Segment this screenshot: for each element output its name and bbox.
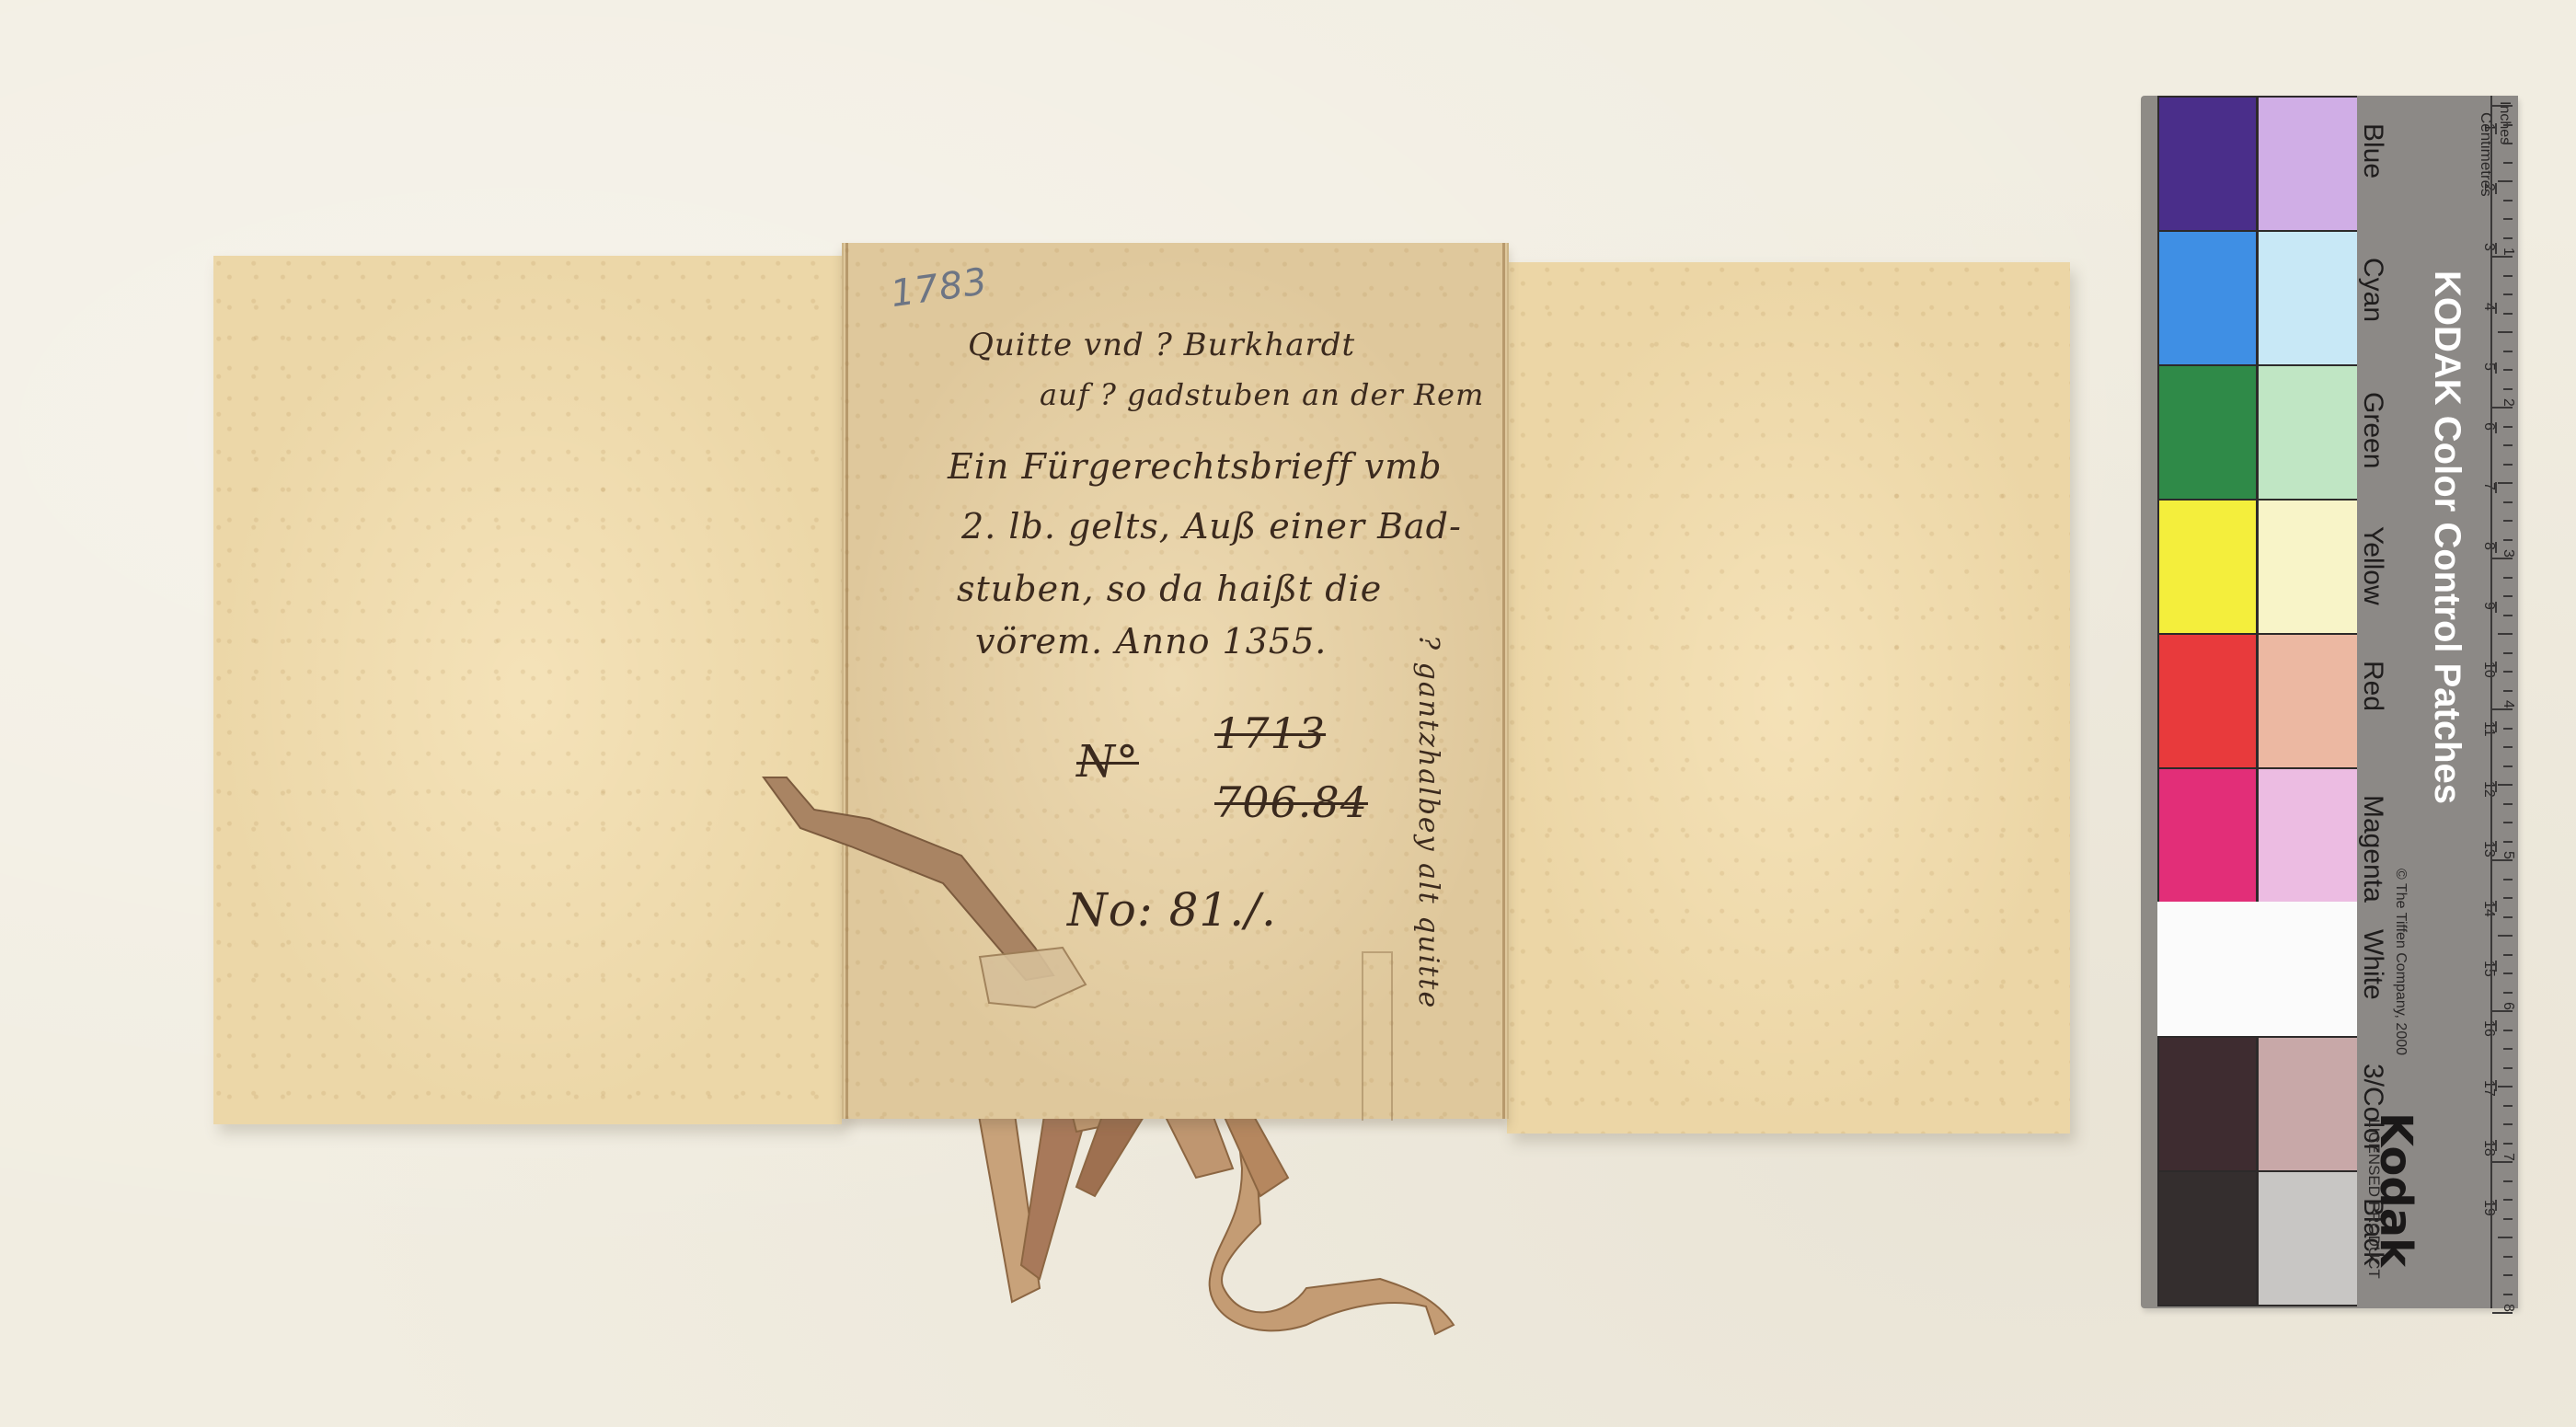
color-patch-yellow-dark [2157, 499, 2258, 635]
color-patch-blue-dark [2157, 96, 2258, 232]
inch-tick [2492, 708, 2513, 710]
inch-tick-label: 5 [2500, 851, 2516, 859]
inch-tick [2503, 1294, 2513, 1295]
endorsement-line: vörem. Anno 1355. [975, 621, 1327, 662]
inch-tick [2503, 539, 2513, 541]
inch-tick [2503, 897, 2513, 899]
inch-tick [2503, 841, 2513, 843]
inch-tick [2492, 256, 2513, 258]
color-patch-magenta-light [2257, 767, 2359, 903]
inch-tick [2503, 1143, 2513, 1145]
inch-tick [2503, 577, 2513, 579]
color-patch-green-light [2257, 364, 2359, 501]
color-patch-3-color-dark [2157, 1036, 2258, 1172]
inch-tick [2498, 1237, 2513, 1238]
inch-tick [2503, 1218, 2513, 1220]
parchment-left-panel [213, 256, 842, 1124]
inch-tick [2498, 784, 2513, 786]
inch-tick [2503, 351, 2513, 352]
inch-tick-label: 6 [2500, 1002, 2516, 1010]
inch-tick [2503, 992, 2513, 994]
inch-tick [2492, 407, 2513, 409]
inch-tick [2503, 464, 2513, 466]
inch-tick [2498, 331, 2513, 333]
color-patch-cyan-dark [2157, 230, 2258, 366]
inch-tick-label: 8 [2500, 1304, 2516, 1312]
inch-tick [2503, 1030, 2513, 1031]
inch-tick [2503, 765, 2513, 767]
color-patch-magenta-dark [2157, 767, 2258, 903]
color-patch-green-dark [2157, 364, 2258, 501]
patch-label: Red [2357, 661, 2388, 711]
patch-label: Cyan [2357, 258, 2388, 322]
inch-ruler: Inches 12345678 [2490, 96, 2518, 1308]
inch-tick [2498, 633, 2513, 635]
inch-tick [2503, 1199, 2513, 1201]
color-patch-white-dark [2157, 902, 2359, 1038]
inch-tick [2503, 803, 2513, 805]
inch-tick [2498, 482, 2513, 484]
inch-tick-label: 1 [2500, 247, 2516, 256]
endorsement-line: 2. lb. gelts, Auß einer Bad- [961, 506, 1462, 547]
inch-tick [2492, 1312, 2513, 1314]
inch-tick [2503, 444, 2513, 446]
inch-tick [2503, 1274, 2513, 1276]
inch-tick [2503, 728, 2513, 730]
inch-tick [2492, 859, 2513, 861]
endorsement-line: stuben, so da haißt die [957, 569, 1382, 609]
color-patch-red-light [2257, 633, 2359, 769]
inch-tick [2503, 388, 2513, 390]
parchment-tie-strip-icon [759, 773, 1090, 1012]
inch-tick-label: 3 [2500, 549, 2516, 558]
inch-tick [2503, 916, 2513, 918]
inch-tick [2503, 237, 2513, 239]
inch-tick [2503, 1123, 2513, 1125]
inch-tick [2498, 180, 2513, 182]
inch-tick-label: 4 [2500, 700, 2516, 708]
chart-copyright: © The Tiffen Company, 2000 [2392, 869, 2409, 1055]
inch-tick [2503, 746, 2513, 748]
current-shelf-number: No: 81./. [1067, 883, 1277, 937]
inch-tick [2503, 879, 2513, 880]
color-patch-blue-light [2257, 96, 2359, 232]
endorsement-line: auf ? gadstuben an der Rem [1040, 377, 1484, 412]
inch-tick [2498, 1086, 2513, 1088]
inch-tick [2503, 426, 2513, 428]
inch-tick [2503, 162, 2513, 164]
inch-tick [2503, 652, 2513, 654]
kodak-color-control-chart: BlueCyanGreenYellowRedMagentaWhite3/Colo… [2141, 96, 2518, 1308]
chart-brand-title: KODAK Color Control Patches [2426, 270, 2467, 804]
inch-tick [2503, 520, 2513, 522]
inch-tick [2492, 1161, 2513, 1163]
inch-tick [2503, 143, 2513, 144]
inch-tick [2503, 671, 2513, 673]
patch-label: Magenta [2357, 795, 2388, 903]
inch-tick [2503, 501, 2513, 503]
inch-tick [2503, 1067, 2513, 1069]
color-patch-cyan-light [2257, 230, 2359, 366]
patch-label: Yellow [2357, 526, 2388, 605]
inch-tick [2503, 690, 2513, 692]
patch-label: Green [2357, 392, 2388, 468]
endorsement-line: Quitte vnd ? Burkhardt [968, 327, 1355, 363]
old-number-crossed: 706.84 [1214, 777, 1368, 827]
inch-tick [2503, 313, 2513, 315]
fold-crease [1502, 243, 1505, 1119]
color-patch-red-dark [2157, 633, 2258, 769]
inch-tick [2503, 293, 2513, 295]
inch-tick [2492, 558, 2513, 559]
patch-label: White [2357, 929, 2388, 1000]
inch-tick [2503, 1256, 2513, 1258]
inch-tick [2503, 275, 2513, 277]
seal-tie-slit [1362, 951, 1393, 1121]
inch-tick [2503, 595, 2513, 597]
inch-tick [2503, 822, 2513, 823]
inch-tick [2492, 1010, 2513, 1012]
inch-tick-label: 2 [2500, 398, 2516, 407]
inch-tick [2503, 972, 2513, 974]
inch-tick [2503, 200, 2513, 201]
patch-label: Blue [2357, 123, 2388, 178]
inch-tick [2498, 935, 2513, 937]
color-patch-3-color-light [2257, 1036, 2359, 1172]
inch-tick [2503, 615, 2513, 616]
inch-tick [2503, 124, 2513, 126]
endorsement-line: Ein Fürgerechtsbrieff vmb [948, 446, 1443, 487]
vertical-endorsement: ? gantzhalbey alt quitte [1412, 635, 1444, 1009]
parchment-right-panel [1507, 262, 2070, 1134]
old-number-crossed: 1713 [1214, 708, 1326, 758]
inch-tick [2503, 1048, 2513, 1050]
inch-tick [2503, 218, 2513, 220]
licensed-product-label: LICENSED PRODUCT [2364, 1119, 2383, 1279]
inch-tick-label: 7 [2500, 1153, 2516, 1161]
color-patch-black-light [2257, 1170, 2359, 1306]
color-patch-black-dark [2157, 1170, 2258, 1306]
inch-tick [2503, 1180, 2513, 1182]
color-patch-yellow-light [2257, 499, 2359, 635]
inch-tick [2503, 954, 2513, 956]
inch-tick [2492, 105, 2513, 107]
inch-tick [2503, 369, 2513, 371]
inch-tick [2503, 1105, 2513, 1107]
